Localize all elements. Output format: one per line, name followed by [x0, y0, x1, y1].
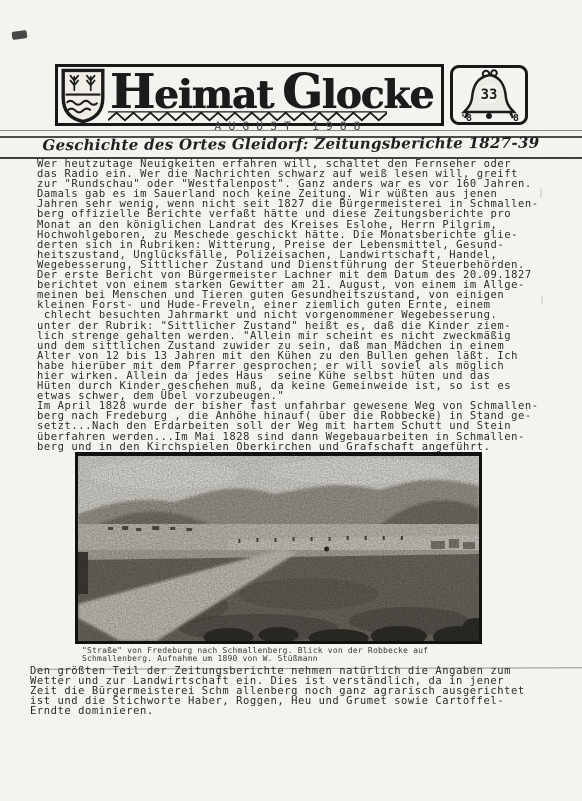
date-strike-rule [0, 130, 582, 131]
landscape-photo [78, 456, 479, 641]
issue-number: 33 [481, 87, 498, 103]
masthead: HeimatGlocke [55, 64, 444, 126]
scan-margin-mark [540, 188, 542, 198]
masthead-title: HeimatGlocke [104, 64, 439, 114]
article-text: Wer heutzutage Neuigkeiten erfahren will… [37, 159, 539, 452]
photo-frame [75, 452, 482, 644]
issue-badge: 33 '8 8 [450, 65, 528, 125]
scanned-newsletter-page: HeimatGlocke 33 '8 8 AUGUST 1988 Geschic… [0, 0, 582, 801]
scan-margin-mark [541, 296, 543, 304]
closing-paragraph: Den größten Teil der Zeitungsberichte ne… [30, 666, 525, 716]
bell-icon: 33 '8 8 [453, 68, 525, 122]
coat-of-arms-icon [60, 68, 106, 124]
scan-smudge [12, 30, 28, 40]
page-title: Geschichte des Ortes Gleidorf: Zeitungsb… [0, 133, 582, 154]
photo-caption: "Straße" von Fredeburg nach Schmallenber… [82, 647, 428, 664]
